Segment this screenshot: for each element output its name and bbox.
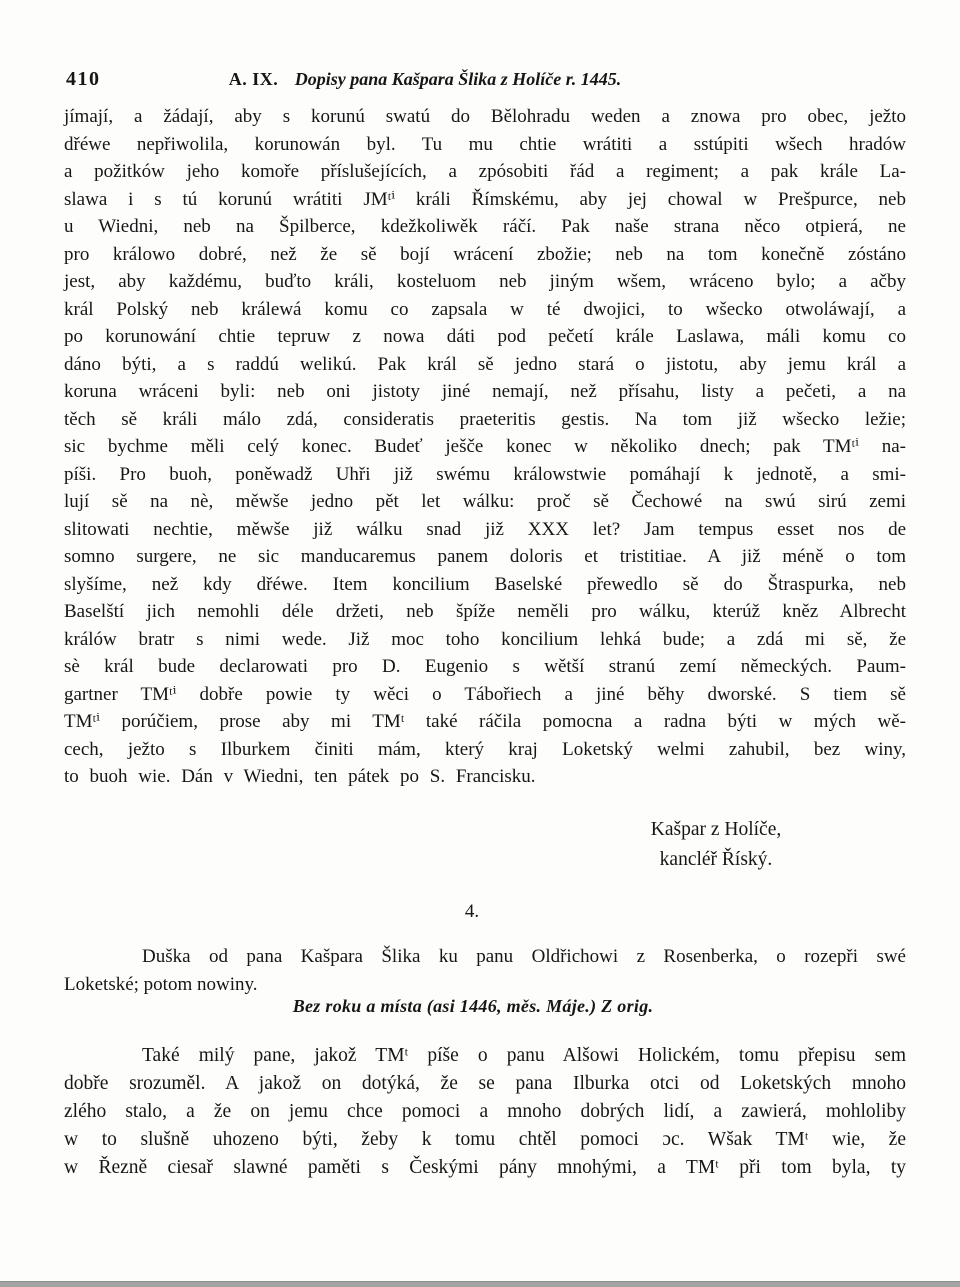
signature-role: kancléř Říský. (560, 845, 872, 875)
text-line: Také milý pane, jakož TMᵗ píše o panu Al… (64, 1042, 906, 1070)
text-line: těch sě králi málo zdá, consideratis pra… (64, 406, 906, 434)
text-line: sic bychme měli celý konec. Budeť ješče … (64, 433, 906, 461)
text-line: dobře srozuměl. A jakož on dotýká, že se… (64, 1070, 906, 1098)
text-line: w to slušně uhozeno býti, žeby k tomu ch… (64, 1126, 906, 1154)
text-line: jímají, a žádají, aby s korunú swatú do … (64, 103, 906, 131)
text-line: dáno býti, a s raddú welikú. Pak král sě… (64, 351, 906, 379)
text-line: král Polský neb králewá komu co zapsala … (64, 296, 906, 324)
signature-block: Kašpar z Holíče, kancléř Říský. (560, 815, 872, 875)
text-line: cech, ježto s Ilburkem činiti mám, který… (64, 736, 906, 764)
page-number: 410 (66, 68, 101, 91)
text-line: lují sě na nè, měwše jedno pět let wálku… (64, 488, 906, 516)
signature-name: Kašpar z Holíče, (560, 815, 872, 845)
text-line: sè král bude declarowati pro D. Eugenio … (64, 653, 906, 681)
letter-body-paragraph: Také milý pane, jakož TMᵗ píše o panu Al… (64, 1042, 906, 1182)
text-line: dřéwe nepřiwolila, korunowán byl. Tu mu … (64, 131, 906, 159)
text-line: slyšíme, než kdy dřéwe. Item koncilium B… (64, 571, 906, 599)
series-label: A. IX. (229, 69, 279, 89)
letter-continuation-paragraph: jímají, a žádají, aby s korunú swatú do … (64, 103, 906, 791)
scanned-book-page: 410 A. IX. Dopisy pana Kašpara Šlika z H… (0, 0, 960, 1287)
text-line: píši. Pro buoh, poněwadž Uhři již swému … (64, 461, 906, 489)
running-title: A. IX. Dopisy pana Kašpara Šlika z Holíč… (229, 69, 622, 90)
text-line: a požitków jeho komoře příslušejících, a… (64, 158, 906, 186)
text-line: slitowati nechtie, měwše již wálku snad … (64, 516, 906, 544)
text-line: to buoh wie. Dán v Wiedni, ten pátek po … (64, 763, 906, 791)
text-line: w Řezně ciesař slawné paměti s Českými p… (64, 1154, 906, 1182)
text-line: pro králowo dobré, než že sě bojí wrácen… (64, 241, 906, 269)
dateline: Bez roku a místa (asi 1446, měs. Máje.) … (52, 996, 894, 1017)
heading-line: Loketské; potom nowiny. (64, 971, 906, 999)
text-line: Baselští jich nemohli déle držeti, neb š… (64, 598, 906, 626)
text-line: TMᵗⁱ porúčiem, prose aby mi TMᵗ také ráč… (64, 708, 906, 736)
text-line: slawa i s tú korunú wrátiti JMᵗⁱ králi Ř… (64, 186, 906, 214)
text-line: jest, aby každému, buďto králi, kosteluo… (64, 268, 906, 296)
scan-edge-bar (0, 1281, 960, 1287)
section-number: 4. (0, 901, 952, 923)
text-line: somno surgere, ne sic manducaremus panem… (64, 543, 906, 571)
page-header: 410 A. IX. Dopisy pana Kašpara Šlika z H… (0, 68, 960, 94)
text-line: u Wiedni, neb na Špilberce, kdežkoliwěk … (64, 213, 906, 241)
running-title-text: Dopisy pana Kašpara Šlika z Holíče r. 14… (295, 69, 622, 89)
text-line: po korunowání chtie tepruw z nowa dáti p… (64, 323, 906, 351)
section-heading: Duška od pana Kašpara Šlika ku panu Oldř… (64, 943, 906, 999)
heading-line: Duška od pana Kašpara Šlika ku panu Oldř… (64, 943, 906, 971)
text-line: gartner TMᵗⁱ dobře powie ty wěci o Táboř… (64, 681, 906, 709)
text-line: králów bratr s nimi wede. Již moc toho k… (64, 626, 906, 654)
text-line: koruna wráceni byli: neb oni jistoty jin… (64, 378, 906, 406)
text-line: zlého stalo, a že on jemu chce pomoci a … (64, 1098, 906, 1126)
